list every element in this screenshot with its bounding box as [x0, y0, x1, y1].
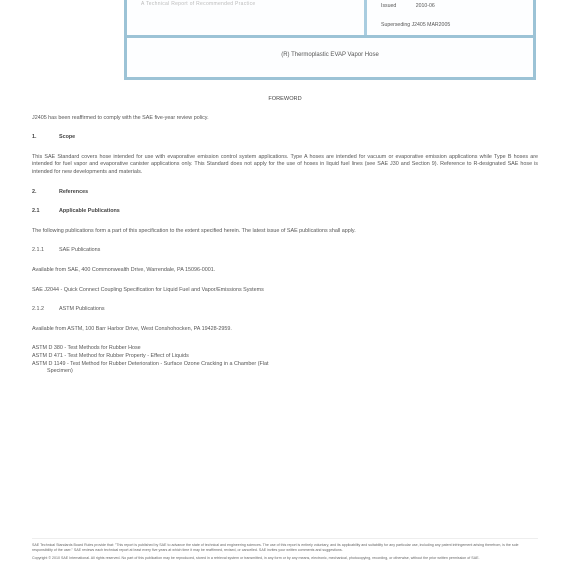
document-title: (R) Thermoplastic EVAP Vapor Hose: [127, 52, 533, 58]
header-faint-text: A Technical Report of Recommended Practi…: [141, 1, 256, 7]
section-number: 2.1.1: [32, 247, 59, 255]
scope-text: This SAE Standard covers hose intended f…: [32, 154, 538, 177]
header-left-cell: A Technical Report of Recommended Practi…: [127, 0, 367, 35]
header-right-cell: Issued 2010-06 Superseding J2405 MAR2005: [373, 0, 533, 35]
superseding-label: Superseding J2405 MAR2005: [381, 22, 450, 28]
footer-copyright: Copyright © 2010 SAE International. All …: [32, 556, 538, 561]
section-sae-heading: 2.1.1 SAE Publications: [32, 247, 538, 255]
section-number: 1.: [32, 134, 59, 142]
section-references-heading: 2. References: [32, 189, 538, 197]
section-title: ASTM Publications: [59, 306, 105, 314]
section-number: 2.: [32, 189, 59, 197]
footer-disclaimer: SAE Technical Standards Board Rules prov…: [32, 543, 538, 552]
section-title: References: [59, 189, 88, 197]
astm-reference-continuation: Specimen): [32, 368, 538, 376]
section-astm-heading: 2.1.2 ASTM Publications: [32, 306, 538, 314]
astm-reference-list: ASTM D 380 - Test Methods for Rubber Hos…: [32, 345, 538, 375]
section-title: Scope: [59, 134, 75, 142]
document-header-box: A Technical Report of Recommended Practi…: [124, 0, 536, 80]
issued-value: 2010-06: [416, 3, 435, 9]
page-footer: SAE Technical Standards Board Rules prov…: [32, 538, 538, 561]
section-title: Applicable Publications: [59, 208, 120, 216]
issued-label: Issued: [381, 3, 396, 9]
issued-row: Issued 2010-06: [381, 3, 435, 9]
astm-reference: ASTM D 1149 - Test Method for Rubber Det…: [32, 361, 538, 369]
section-number: 2.1.2: [32, 306, 59, 314]
sae-reference: SAE J2044 - Quick Connect Coupling Speci…: [32, 287, 538, 295]
astm-availability-text: Available from ASTM, 100 Barr Harbor Dri…: [32, 326, 538, 334]
header-top-row: A Technical Report of Recommended Practi…: [127, 0, 533, 38]
section-number: 2.1: [32, 208, 59, 216]
section-scope-heading: 1. Scope: [32, 134, 538, 142]
foreword-heading: FOREWORD: [32, 96, 538, 104]
astm-reference: ASTM D 380 - Test Methods for Rubber Hos…: [32, 345, 538, 353]
foreword-text: J2405 has been reaffirmed to comply with…: [32, 115, 538, 123]
astm-reference: ASTM D 471 - Test Method for Rubber Prop…: [32, 353, 538, 361]
document-body: FOREWORD J2405 has been reaffirmed to co…: [32, 96, 538, 388]
sae-availability-text: Available from SAE, 400 Commonwealth Dri…: [32, 267, 538, 275]
section-title: SAE Publications: [59, 247, 100, 255]
applicable-text: The following publications form a part o…: [32, 228, 538, 236]
section-applicable-heading: 2.1 Applicable Publications: [32, 208, 538, 216]
